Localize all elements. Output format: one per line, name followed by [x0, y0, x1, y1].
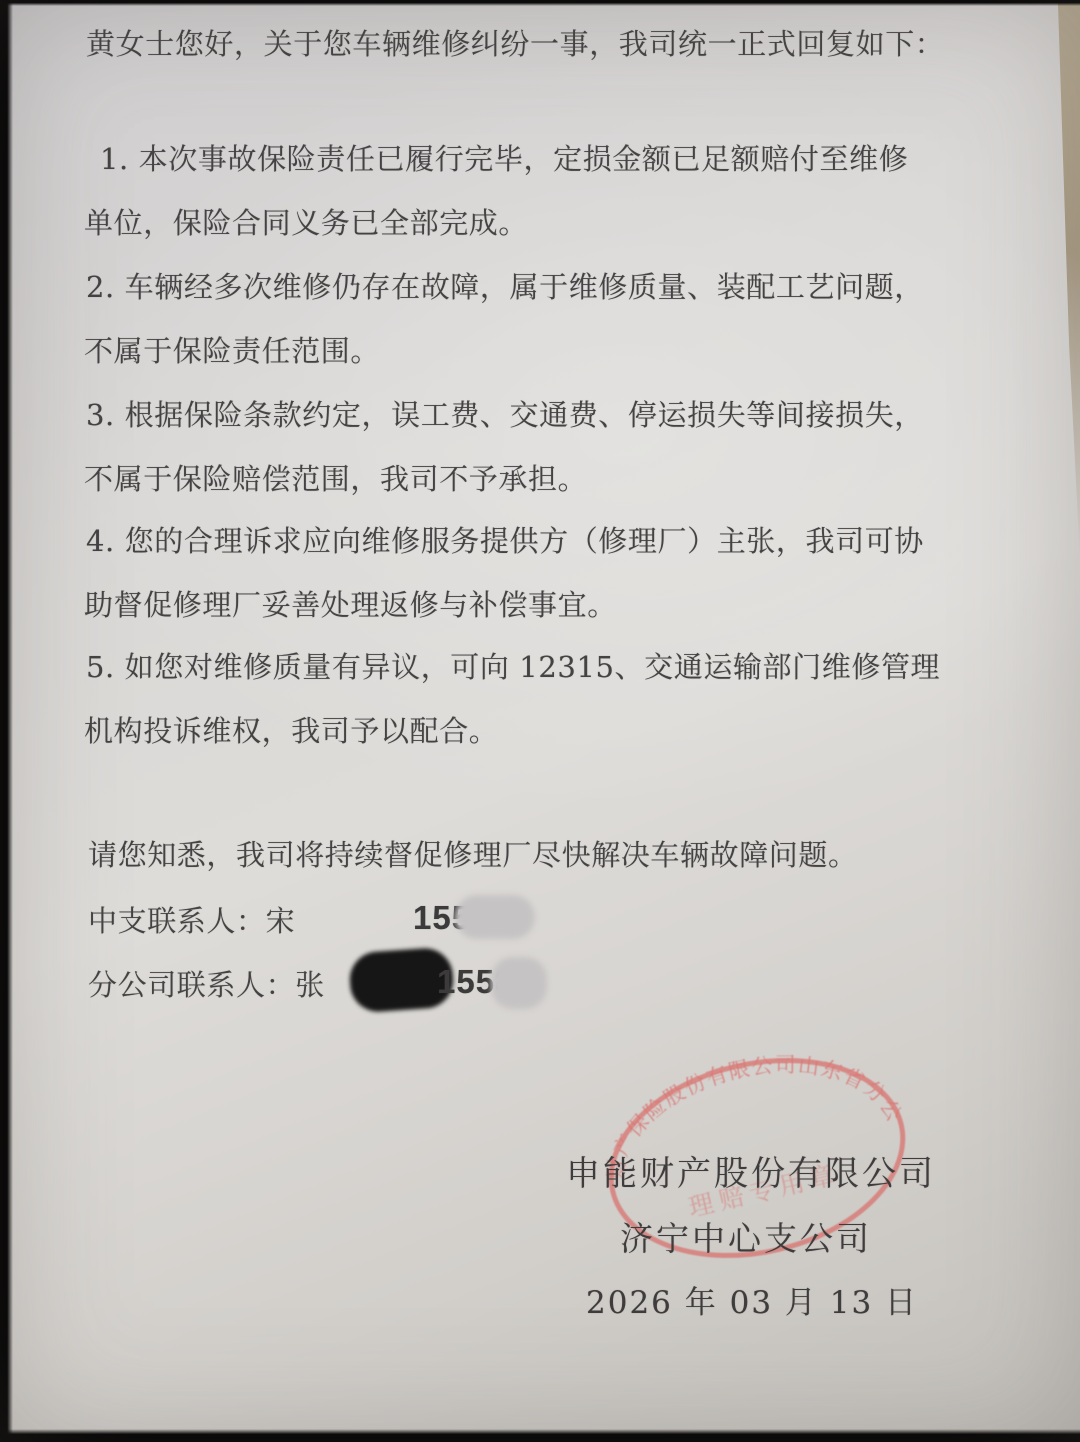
- contact2-label: 分公司联系人：张: [88, 963, 325, 1004]
- letter-body: 黄女士您好，关于您车辆维修纠纷一事，我司统一正式回复如下： 1. 本次事故保险责…: [0, 0, 1080, 1442]
- signature-company: 申能财产股份有限公司: [566, 1146, 936, 1195]
- point-4-line-1: 4. 您的合理诉求应向维修服务提供方（修理厂）主张，我司可协: [86, 519, 924, 560]
- closing-line: 请您知悉，我司将持续督促修理厂尽快解决车辆故障问题。: [88, 833, 858, 874]
- contact1-phone-redaction: [455, 895, 535, 939]
- contact1-label: 中支联系人：宋: [88, 899, 295, 940]
- contact2-phone-redaction: [491, 957, 547, 1009]
- point-3-line-1: 3. 根据保险条款约定，误工费、交通费、停运损失等间接损失，: [86, 393, 924, 434]
- point-2-line-2: 不属于保险责任范围。: [84, 329, 380, 370]
- greeting-line: 黄女士您好，关于您车辆维修纠纷一事，我司统一正式回复如下：: [86, 22, 944, 63]
- point-5-line-1: 5. 如您对维修质量有异议，可向 12315、交通运输部门维修管理: [86, 645, 940, 686]
- point-5-line-2: 机构投诉维权，我司予以配合。: [84, 709, 498, 750]
- point-1-line-2: 单位，保险合同义务已全部完成。: [84, 201, 528, 242]
- point-4-line-2: 助督促修理厂妥善处理返修与补偿事宜。: [84, 583, 617, 624]
- point-1-line-1: 1. 本次事故保险责任已履行完毕，定损金额已足额赔付至维修: [100, 137, 908, 178]
- signature-branch: 济宁中心支公司: [620, 1213, 872, 1260]
- point-2-line-1: 2. 车辆经多次维修仍存在故障，属于维修质量、装配工艺问题，: [86, 265, 924, 306]
- document-photo: 黄女士您好，关于您车辆维修纠纷一事，我司统一正式回复如下： 1. 本次事故保险责…: [0, 0, 1080, 1442]
- point-3-line-2: 不属于保险赔偿范围，我司不予承担。: [84, 457, 587, 498]
- signature-date: 2026 年 03 月 13 日: [586, 1277, 918, 1322]
